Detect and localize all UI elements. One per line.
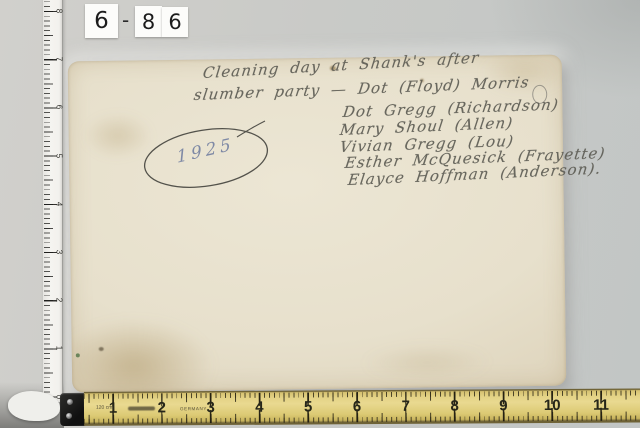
stain — [76, 353, 80, 357]
tape-number: 8 — [450, 398, 458, 415]
archive-label-tile: 6 — [85, 4, 118, 38]
tape-number: 9 — [499, 397, 507, 414]
tape-end-clip — [60, 393, 86, 426]
ruler-label: 4 — [54, 199, 64, 210]
tape-body: 120 cm GERMANY 1 2 3 4 5 6 7 8 9 10 11 — [84, 388, 640, 426]
tape-number: 4 — [255, 399, 263, 416]
archive-label-digit: 8 — [142, 10, 155, 34]
ruler-label: 1 — [54, 343, 64, 354]
tape-number: 5 — [304, 398, 312, 415]
ruler-label: 6 — [54, 102, 64, 113]
archive-label-separator: - — [122, 8, 129, 32]
stain — [68, 317, 215, 392]
tape-number: 11 — [593, 397, 609, 414]
ruler-label: 3 — [54, 247, 64, 258]
tape-number: 3 — [206, 399, 214, 416]
stain — [362, 345, 492, 381]
tape-number: 1 — [109, 400, 117, 417]
archive-label-digit: 6 — [94, 8, 109, 34]
archive-label-tile: 6 — [162, 7, 188, 37]
scan-stage: Cleaning day at Shank's after slumber pa… — [0, 0, 640, 428]
rivet-icon — [66, 413, 72, 419]
tape-number: 2 — [158, 399, 166, 416]
ruler-label: 5 — [54, 151, 64, 162]
paper-scrap — [8, 391, 60, 421]
tape-brand-smudge — [128, 406, 155, 410]
tape-number: 10 — [544, 397, 561, 414]
ruler-label: 8 — [54, 6, 64, 17]
rivet-icon — [67, 399, 73, 405]
stain — [99, 347, 104, 351]
tape-number: 7 — [402, 398, 410, 415]
tape-measure: 120 cm GERMANY 1 2 3 4 5 6 7 8 9 10 11 — [60, 388, 640, 426]
archive-label-digit: 6 — [168, 10, 181, 34]
tape-number: 6 — [353, 398, 361, 415]
tape-country-label: GERMANY — [180, 406, 207, 411]
archive-label-tile: 8 — [135, 6, 162, 37]
vertical-ruler: 8 7 6 5 4 3 2 1 0 — [43, 0, 63, 402]
ruler-label: 7 — [54, 54, 64, 65]
ruler-label: 2 — [54, 295, 64, 306]
